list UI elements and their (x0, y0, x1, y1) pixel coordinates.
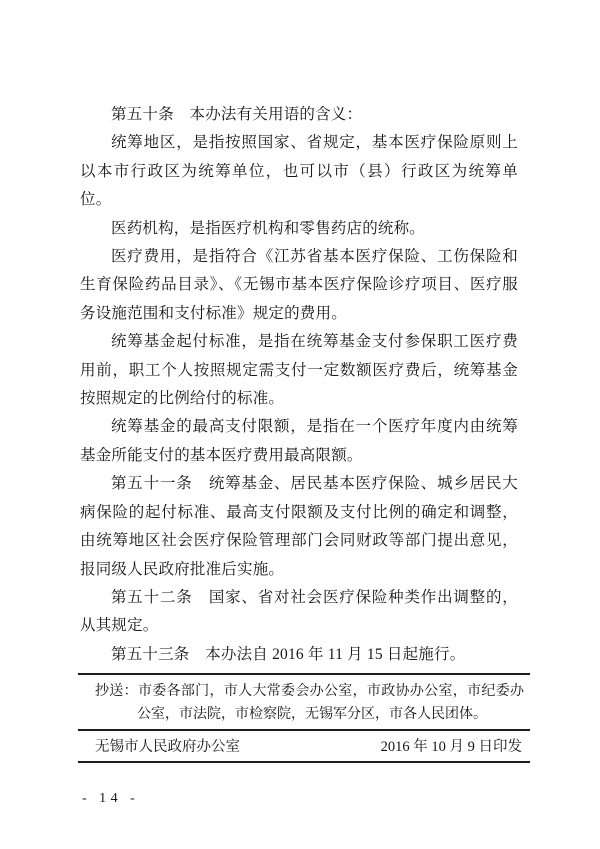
paragraph-article-51: 第五十一条 统筹基金、居民基本医疗保险、城乡居民大病保险的起付标准、最高支付限额… (80, 470, 518, 584)
document-footer: 抄送：市委各部门，市人大常委会办公室，市政协办公室，市纪委办公室，市法院，市检察… (78, 673, 530, 763)
paragraph-article-50-lead: 第五十条 本办法有关用语的含义： (80, 101, 518, 129)
issuer-office: 无锡市人民政府办公室 (95, 735, 240, 756)
cc-label: 抄送： (95, 684, 138, 699)
paragraph-article-52: 第五十二条 国家、省对社会医疗保险种类作出调整的，从其规定。 (80, 584, 518, 641)
cc-distribution-block: 抄送：市委各部门，市人大常委会办公室，市政协办公室，市纪委办公室，市法院，市检察… (78, 675, 530, 729)
print-date: 2016 年 10 月 9 日印发 (381, 735, 522, 756)
page-number: - 14 - (82, 791, 139, 807)
document-page: 第五十条 本办法有关用语的含义： 统筹地区，是指按照国家、省规定，基本医疗保险原… (0, 0, 600, 849)
paragraph-def-tongchou-diqu: 统筹地区，是指按照国家、省规定，基本医疗保险原则上以本市行政区为统筹单位，也可以… (80, 129, 518, 214)
paragraph-def-yiliao-feiyong: 医疗费用，是指符合《江苏省基本医疗保险、工伤保险和生育保险药品目录》、《无锡市基… (80, 243, 518, 328)
paragraph-def-qifu-biaozhun: 统筹基金起付标准，是指在统筹基金支付参保职工医疗费用前，职工个人按照规定需支付一… (80, 328, 518, 413)
issuer-row: 无锡市人民政府办公室 2016 年 10 月 9 日印发 (78, 731, 530, 761)
divider-bottom (78, 761, 530, 764)
paragraph-def-yiyao-jigou: 医药机构，是指医疗机构和零售药店的统称。 (80, 215, 518, 243)
paragraph-def-zuigao-zhifu-xiane: 统筹基金的最高支付限额，是指在一个医疗年度内由统筹基金所能支付的基本医疗费用最高… (80, 413, 518, 470)
cc-text: 市委各部门，市人大常委会办公室，市政协办公室，市纪委办公室，市法院，市检察院，无… (137, 684, 524, 722)
paragraph-article-53: 第五十三条 本办法自 2016 年 11 月 15 日起施行。 (80, 641, 518, 669)
document-body: 第五十条 本办法有关用语的含义： 统筹地区，是指按照国家、省规定，基本医疗保险原… (80, 101, 518, 669)
